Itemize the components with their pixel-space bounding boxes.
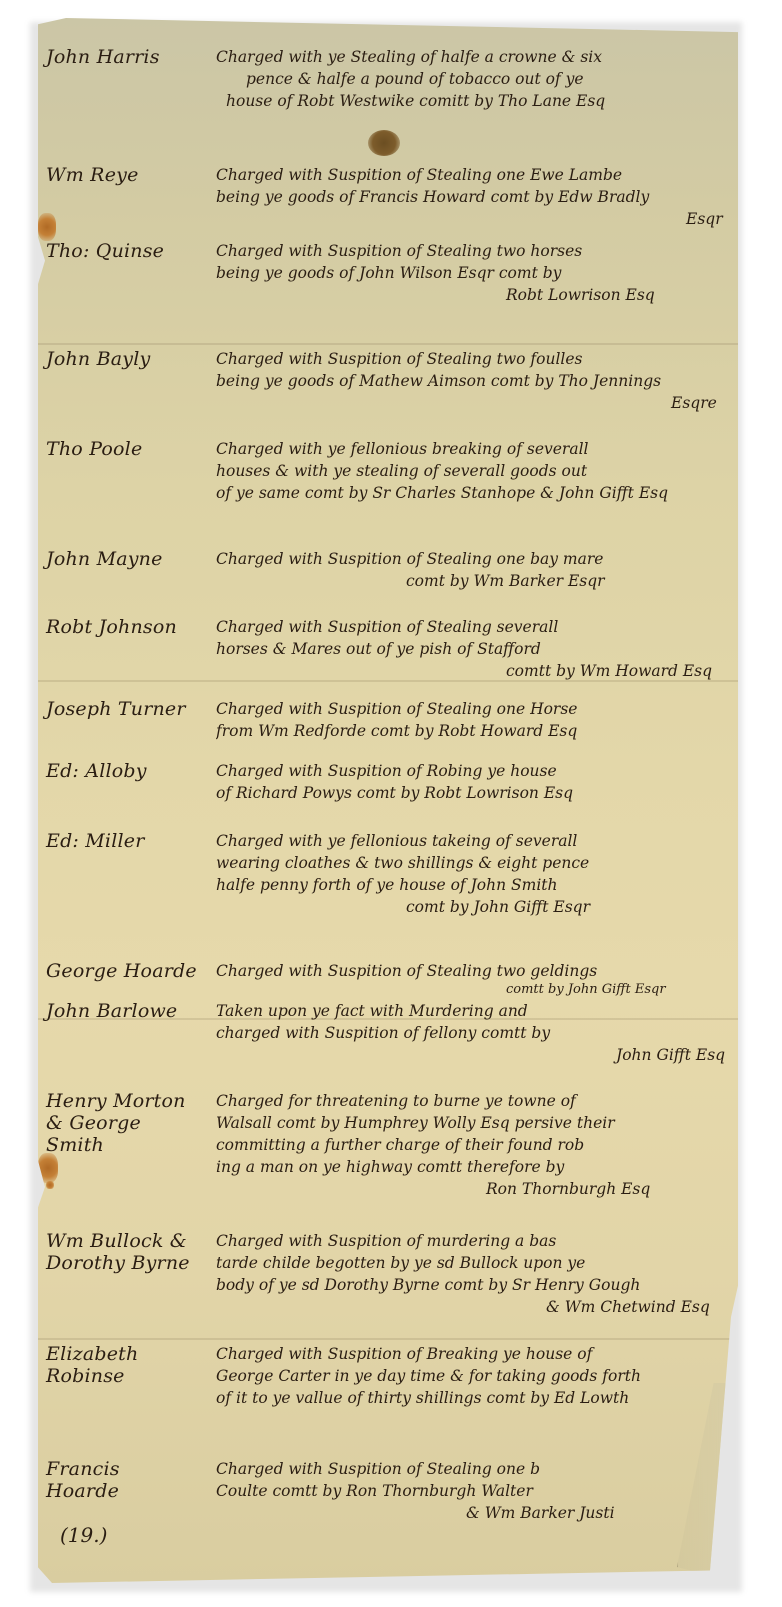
charge-line: Charged with Suspition of murdering a ba…: [216, 1230, 731, 1252]
charge-line: Charged for threatening to burne ye town…: [216, 1090, 731, 1112]
paper-fold: [38, 343, 738, 345]
charge-line: comt by Wm Barker Esqr: [216, 570, 731, 592]
charge-line: body of ye sd Dorothy Byrne comt by Sr H…: [216, 1274, 731, 1296]
prisoner-name: Ed: Alloby: [46, 760, 211, 782]
charge-line: pence & halfe a pound of tobacco out of …: [216, 68, 731, 90]
charge-line: comtt by Wm Howard Esq: [216, 660, 731, 682]
charge-line: Charged with Suspition of Stealing one b: [216, 1458, 731, 1480]
charge-text: Charged with Suspition of Stealing two f…: [216, 348, 731, 414]
charge-line: Charged with Suspition of Stealing one H…: [216, 698, 731, 720]
page-number: (19.): [60, 1523, 107, 1547]
charge-line: Charged with Suspition of Stealing two f…: [216, 348, 731, 370]
charge-line: John Gifft Esq: [216, 1044, 731, 1066]
rust-stain: [38, 213, 56, 241]
charge-line: comt by John Gifft Esqr: [216, 896, 731, 918]
prisoner-name: Tho: Quinse: [46, 240, 211, 262]
charge-line: Esqr: [216, 208, 731, 230]
charge-line: horses & Mares out of ye pish of Staffor…: [216, 638, 731, 660]
charge-line: Charged with Suspition of Robing ye hous…: [216, 760, 731, 782]
charge-text: Charged with Suspition of Stealing two h…: [216, 240, 731, 306]
charge-text: Charged with Suspition of Stealing sever…: [216, 616, 731, 682]
charge-text: Charged for threatening to burne ye town…: [216, 1090, 731, 1200]
charge-text: Charged with Suspition of Breaking ye ho…: [216, 1343, 731, 1409]
charge-line: houses & with ye stealing of severall go…: [216, 460, 731, 482]
charge-line: Coulte comtt by Ron Thornburgh Walter: [216, 1480, 731, 1502]
charge-line: Charged with ye fellonious takeing of se…: [216, 830, 731, 852]
charge-text: Charged with ye fellonious breaking of s…: [216, 438, 731, 504]
prisoner-name: Henry Morton & George Smith: [46, 1090, 196, 1156]
prisoner-name: Francis Hoarde: [46, 1458, 156, 1502]
charge-line: & Wm Chetwind Esq: [216, 1296, 731, 1318]
charge-line: Charged with Suspition of Stealing two g…: [216, 960, 731, 982]
charge-line: Esqre: [216, 392, 731, 414]
prisoner-name: John Harris: [46, 46, 211, 68]
paper-fold: [38, 1338, 738, 1340]
charge-line: committing a further charge of their fou…: [216, 1134, 731, 1156]
charge-line: being ye goods of John Wilson Esqr comt …: [216, 262, 731, 284]
charge-line: Charged with Suspition of Breaking ye ho…: [216, 1343, 731, 1365]
charge-line: Charged with Suspition of Stealing sever…: [216, 616, 731, 638]
charge-line: Charged with Suspition of Stealing two h…: [216, 240, 731, 262]
prisoner-name: Ed: Miller: [46, 830, 211, 852]
charge-line: Charged with ye Stealing of halfe a crow…: [216, 46, 731, 68]
charge-line: ing a man on ye highway comtt therefore …: [216, 1156, 731, 1178]
charge-line: comtt by John Gifft Esqr: [216, 982, 731, 998]
charge-line: Taken upon ye fact with Murdering and: [216, 1000, 731, 1022]
prisoner-name: Tho Poole: [46, 438, 211, 460]
charge-text: Charged with Suspition of Robing ye hous…: [216, 760, 731, 804]
prisoner-name: John Barlowe: [46, 1000, 211, 1022]
charge-line: house of Robt Westwike comitt by Tho Lan…: [216, 90, 731, 112]
charge-line: Ron Thornburgh Esq: [216, 1178, 731, 1200]
charge-text: Taken upon ye fact with Murdering and ch…: [216, 1000, 731, 1066]
charge-text: Charged with Suspition of murdering a ba…: [216, 1230, 731, 1318]
charge-line: wearing cloathes & two shillings & eight…: [216, 852, 731, 874]
charge-text: Charged with Suspition of Stealing one b…: [216, 1458, 731, 1524]
prisoner-name: Robt Johnson: [46, 616, 211, 638]
charge-line: halfe penny forth of ye house of John Sm…: [216, 874, 731, 896]
manuscript-page: John Harris Charged with ye Stealing of …: [38, 18, 738, 1583]
charge-line: & Wm Barker Justi: [216, 1502, 731, 1524]
prisoner-name: Joseph Turner: [46, 698, 211, 720]
prisoner-name: John Mayne: [46, 548, 211, 570]
charge-line: tarde childe begotten by ye sd Bullock u…: [216, 1252, 731, 1274]
charge-line: of ye same comt by Sr Charles Stanhope &…: [216, 482, 731, 504]
charge-text: Charged with Suspition of Stealing one E…: [216, 164, 731, 230]
prisoner-name: George Hoarde: [46, 960, 211, 982]
prisoner-name: Wm Bullock & Dorothy Byrne: [46, 1230, 196, 1274]
prisoner-name: John Bayly: [46, 348, 211, 370]
charge-line: of Richard Powys comt by Robt Lowrison E…: [216, 782, 731, 804]
charge-line: Walsall comt by Humphrey Wolly Esq persi…: [216, 1112, 731, 1134]
charge-line: Robt Lowrison Esq: [216, 284, 731, 306]
charge-text: Charged with ye Stealing of halfe a crow…: [216, 46, 731, 112]
charge-line: Charged with Suspition of Stealing one E…: [216, 164, 731, 186]
charge-line: being ye goods of Mathew Aimson comt by …: [216, 370, 731, 392]
charge-line: George Carter in ye day time & for takin…: [216, 1365, 731, 1387]
rust-spot: [46, 1181, 54, 1189]
prisoner-name: Elizabeth Robinse: [46, 1343, 156, 1387]
charge-line: of it to ye vallue of thirty shillings c…: [216, 1387, 731, 1409]
charge-line: Charged with ye fellonious breaking of s…: [216, 438, 731, 460]
ink-stain: [368, 130, 400, 156]
charge-text: Charged with Suspition of Stealing one H…: [216, 698, 731, 742]
charge-text: Charged with Suspition of Stealing two g…: [216, 960, 731, 998]
charge-text: Charged with ye fellonious takeing of se…: [216, 830, 731, 918]
charge-line: from Wm Redforde comt by Robt Howard Esq: [216, 720, 731, 742]
charge-text: Charged with Suspition of Stealing one b…: [216, 548, 731, 592]
charge-line: being ye goods of Francis Howard comt by…: [216, 186, 731, 208]
charge-line: charged with Suspition of fellony comtt …: [216, 1022, 731, 1044]
prisoner-name: Wm Reye: [46, 164, 211, 186]
charge-line: Charged with Suspition of Stealing one b…: [216, 548, 731, 570]
